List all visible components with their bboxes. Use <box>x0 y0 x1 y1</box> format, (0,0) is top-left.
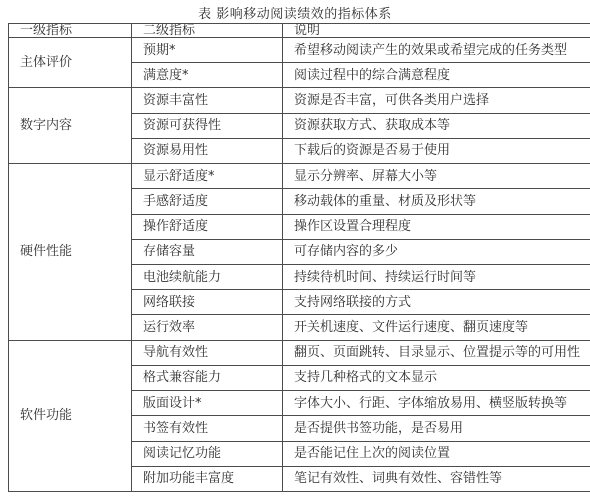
description-cell: 翻页、页面跳转、目录显示、位置提示等的可用性 <box>283 340 590 365</box>
description-cell: 希望移动阅读产生的效果或希望完成的任务类型 <box>283 38 590 63</box>
indicator-cell: 满意度* <box>132 63 283 88</box>
indicator-cell: 预期* <box>132 38 283 63</box>
indicator-table: 一级指标 二级指标 说明 主体评价预期*希望移动阅读产生的效果或希望完成的任务类… <box>8 23 590 492</box>
description-cell: 开关机速度、文件运行速度、翻页速度等 <box>283 315 590 340</box>
group-cell: 数字内容 <box>9 88 132 164</box>
group-cell: 软件功能 <box>9 340 132 491</box>
indicator-cell: 网络联接 <box>132 290 283 315</box>
indicator-cell: 存储容量 <box>132 239 283 264</box>
indicator-cell: 资源丰富性 <box>132 88 283 113</box>
indicator-cell: 阅读记忆功能 <box>132 441 283 466</box>
indicator-cell: 电池续航能力 <box>132 264 283 289</box>
indicator-cell: 格式兼容能力 <box>132 365 283 390</box>
table-row: 数字内容资源丰富性资源是否丰富，可供各类用户选择 <box>9 88 590 113</box>
indicator-cell: 资源可获得性 <box>132 113 283 138</box>
description-cell: 持续待机时间、持续运行时间等 <box>283 264 590 289</box>
table-row: 主体评价预期*希望移动阅读产生的效果或希望完成的任务类型 <box>9 38 590 63</box>
header-description: 说明 <box>283 24 590 38</box>
group-cell: 硬件性能 <box>9 164 132 341</box>
description-cell: 阅读过程中的综合满意程度 <box>283 63 590 88</box>
indicator-cell: 运行效率 <box>132 315 283 340</box>
description-cell: 资源获取方式、获取成本等 <box>283 113 590 138</box>
header-level2: 二级指标 <box>132 24 283 38</box>
indicator-table-body: 主体评价预期*希望移动阅读产生的效果或希望完成的任务类型满意度*阅读过程中的综合… <box>9 38 590 492</box>
indicator-cell: 版面设计* <box>132 391 283 416</box>
description-cell: 是否能记住上次的阅读位置 <box>283 441 590 466</box>
indicator-cell: 操作舒适度 <box>132 214 283 239</box>
description-cell: 支持几种格式的文本显示 <box>283 365 590 390</box>
indicator-cell: 显示舒适度* <box>132 164 283 189</box>
table-row: 软件功能导航有效性翻页、页面跳转、目录显示、位置提示等的可用性 <box>9 340 590 365</box>
page-title: 表 影响移动阅读绩效的指标体系 <box>0 0 590 23</box>
description-cell: 显示分辨率、屏幕大小等 <box>283 164 590 189</box>
description-cell: 是否提供书签功能，是否易用 <box>283 416 590 441</box>
description-cell: 支持网络联接的方式 <box>283 290 590 315</box>
indicator-cell: 书签有效性 <box>132 416 283 441</box>
description-cell: 可存储内容的多少 <box>283 239 590 264</box>
description-cell: 移动载体的重量、材质及形状等 <box>283 189 590 214</box>
header-level1: 一级指标 <box>9 24 132 38</box>
description-cell: 下载后的资源是否易于使用 <box>283 138 590 163</box>
table-row: 硬件性能显示舒适度*显示分辨率、屏幕大小等 <box>9 164 590 189</box>
indicator-cell: 资源易用性 <box>132 138 283 163</box>
group-cell: 主体评价 <box>9 38 132 88</box>
description-cell: 字体大小、行距、字体缩放易用、横竖版转换等 <box>283 391 590 416</box>
indicator-cell: 手感舒适度 <box>132 189 283 214</box>
indicator-cell: 附加功能丰富度 <box>132 466 283 491</box>
description-cell: 操作区设置合理程度 <box>283 214 590 239</box>
description-cell: 笔记有效性、词典有效性、容错性等 <box>283 466 590 491</box>
header-row: 一级指标 二级指标 说明 <box>9 24 590 38</box>
description-cell: 资源是否丰富，可供各类用户选择 <box>283 88 590 113</box>
indicator-cell: 导航有效性 <box>132 340 283 365</box>
